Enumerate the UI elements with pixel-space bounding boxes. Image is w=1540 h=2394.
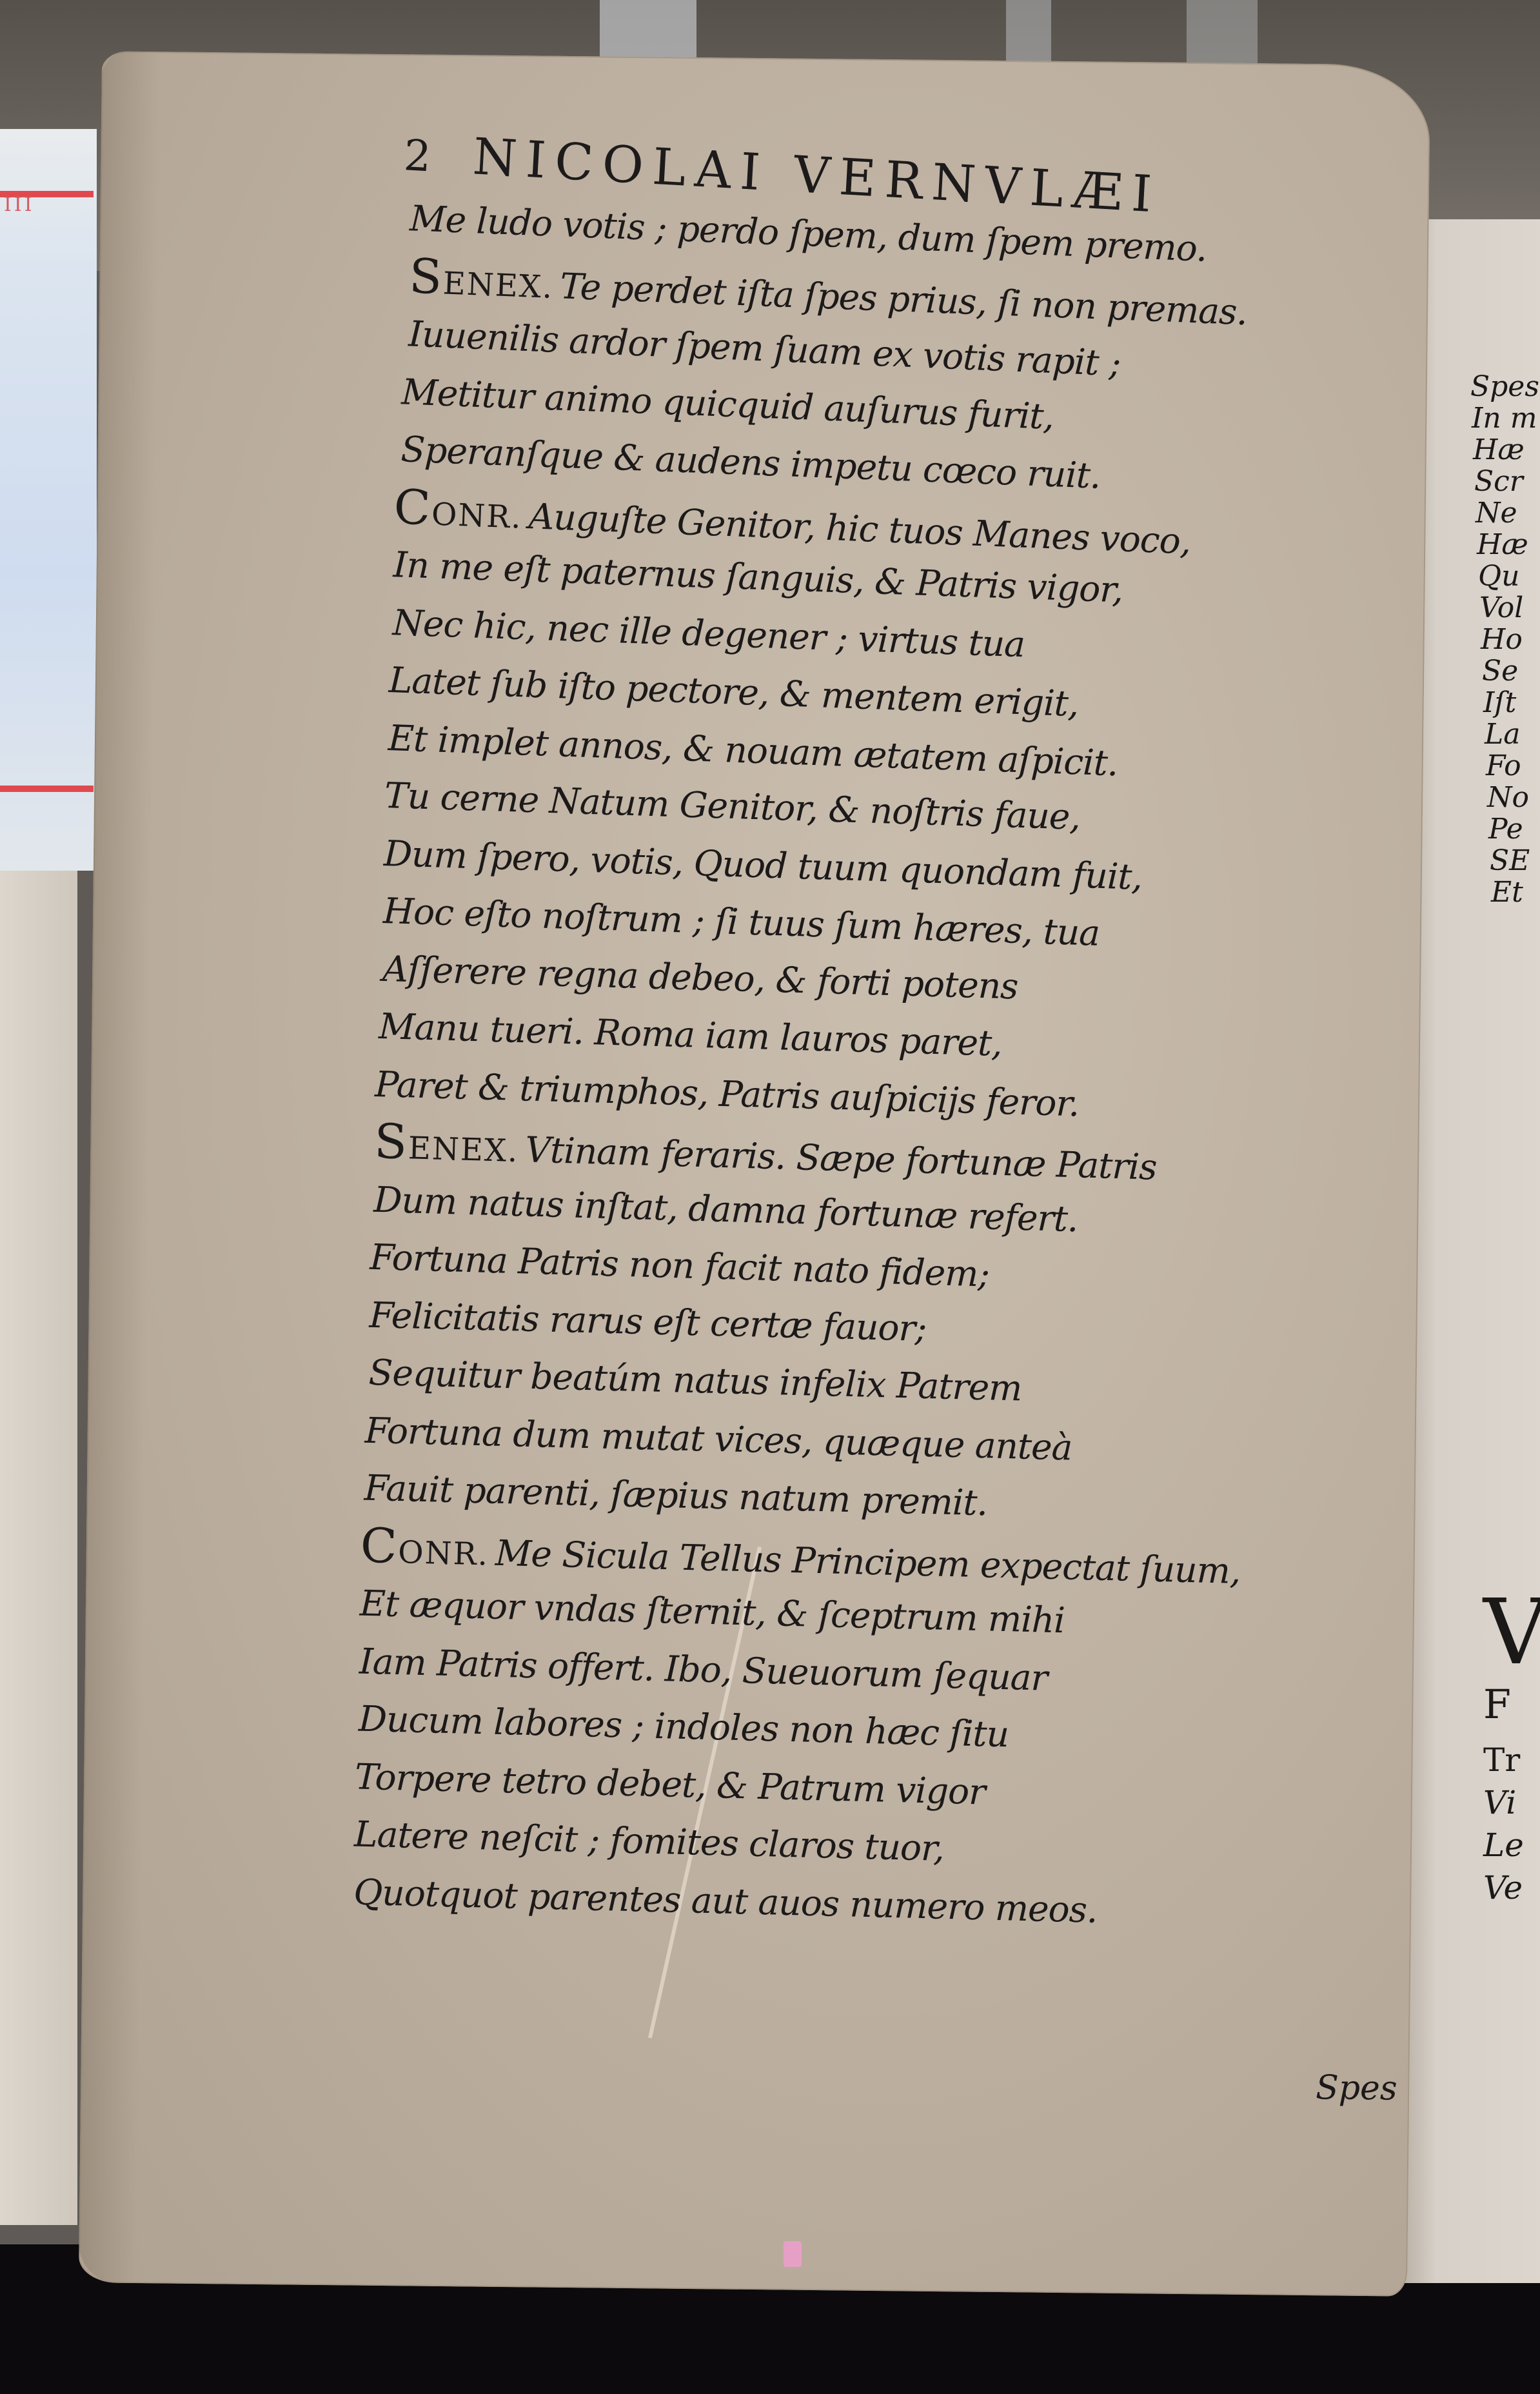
recto-lower-lines: FTrViLeVe <box>1483 1683 1524 1909</box>
verse-text: Sequitur beatúm natus infelix Patrem <box>368 1352 1022 1409</box>
speaker-name: CONR. <box>360 1528 489 1573</box>
verse-text: Felicitatis rarus eſt certæ fauor; <box>369 1294 927 1349</box>
red-rule-bottom <box>0 786 94 792</box>
recto-drop-initial: V <box>1483 1580 1540 1685</box>
verse-text: Ducum labores ; indoles non hæc ſitu <box>358 1698 1009 1756</box>
recto-line-fragment: Vol <box>1479 592 1539 624</box>
left-page-edge <box>0 871 77 2225</box>
verso-page: 2 NICOLAI VERNVLÆI Me ludo votis ; perdo… <box>79 51 1430 2296</box>
verse-text: Et æquor vndas ſternit, & ſceptrum mihi <box>359 1583 1065 1641</box>
recto-line-fragment: Le <box>1483 1824 1524 1866</box>
recto-line-fragment: Iſt <box>1483 687 1539 718</box>
recto-line-fragment: Ne <box>1476 497 1539 529</box>
recto-line-fragment: Se <box>1482 655 1539 687</box>
verse-text: Latere neſcit ; fomites claros tuor, <box>353 1814 944 1869</box>
recto-line-fragment: Hæ <box>1473 434 1539 466</box>
recto-line-fragment: No <box>1487 782 1539 813</box>
recto-upper-lines: SpesIn mHæScrNeHæQuVolHoSeIſtLaFoNoPeSEE… <box>1470 371 1539 908</box>
left-sheet: III <box>0 129 97 871</box>
verse-text: Quotquot parentes aut auos numero meos. <box>353 1871 1098 1930</box>
recto-line-fragment: Hæ <box>1477 529 1539 560</box>
recto-line-fragment: Ho <box>1481 624 1539 655</box>
page-number: 2 <box>402 130 432 181</box>
verse-text: Iam Patris offert. Ibo, Sueuorum ſequar <box>359 1640 1047 1698</box>
verse-text: Manu tueri. Roma iam lauros paret, <box>378 1005 1002 1064</box>
recto-line-fragment: SE <box>1490 845 1539 876</box>
recto-line-fragment: Spes <box>1470 371 1539 402</box>
verse-text: Fortuna Patris non facit nato fidem; <box>370 1236 990 1295</box>
recto-line-fragment: In m <box>1472 402 1539 434</box>
catchword: Spes <box>1316 2068 1397 2108</box>
verse-text: Torpere tetro debet, & Patrum vigor <box>354 1756 985 1812</box>
verse-text: Fauit parenti, ſæpius natum premit. <box>364 1467 988 1524</box>
recto-line-fragment: Qu <box>1478 560 1539 592</box>
recto-line-fragment: Fo <box>1486 750 1539 782</box>
speaker-name: CONR. <box>393 490 523 537</box>
recto-line-fragment: La <box>1485 718 1539 750</box>
recto-line-fragment: Scr <box>1474 466 1539 497</box>
speaker-name: SENEX. <box>373 1125 519 1170</box>
verse-text: Fortuna dum mutat vices, quæque anteà <box>364 1409 1072 1468</box>
verse-text: Aſſerere regna debeo, & forti potens <box>382 947 1018 1006</box>
verse-text: Dum natus inſtat, damna fortunæ refert. <box>373 1178 1079 1239</box>
recto-line-fragment: Et <box>1491 876 1539 908</box>
speaker-name: SENEX. <box>408 259 555 306</box>
verse-text-block: Me ludo votis ; perdo ſpem, dum ſpem pre… <box>392 190 1455 1932</box>
pink-bookmark-tab <box>784 2241 802 2267</box>
recto-line-fragment: Ve <box>1483 1866 1524 1909</box>
left-sheet-label: III <box>4 193 35 216</box>
recto-line-fragment: Tr <box>1483 1739 1524 1781</box>
recto-line-fragment: F <box>1483 1683 1524 1726</box>
recto-line-fragment: Pe <box>1488 813 1539 845</box>
verse-text: Paret & triumphos, Patris auſpicijs fero… <box>375 1063 1080 1123</box>
recto-line-fragment: Vi <box>1483 1781 1524 1824</box>
